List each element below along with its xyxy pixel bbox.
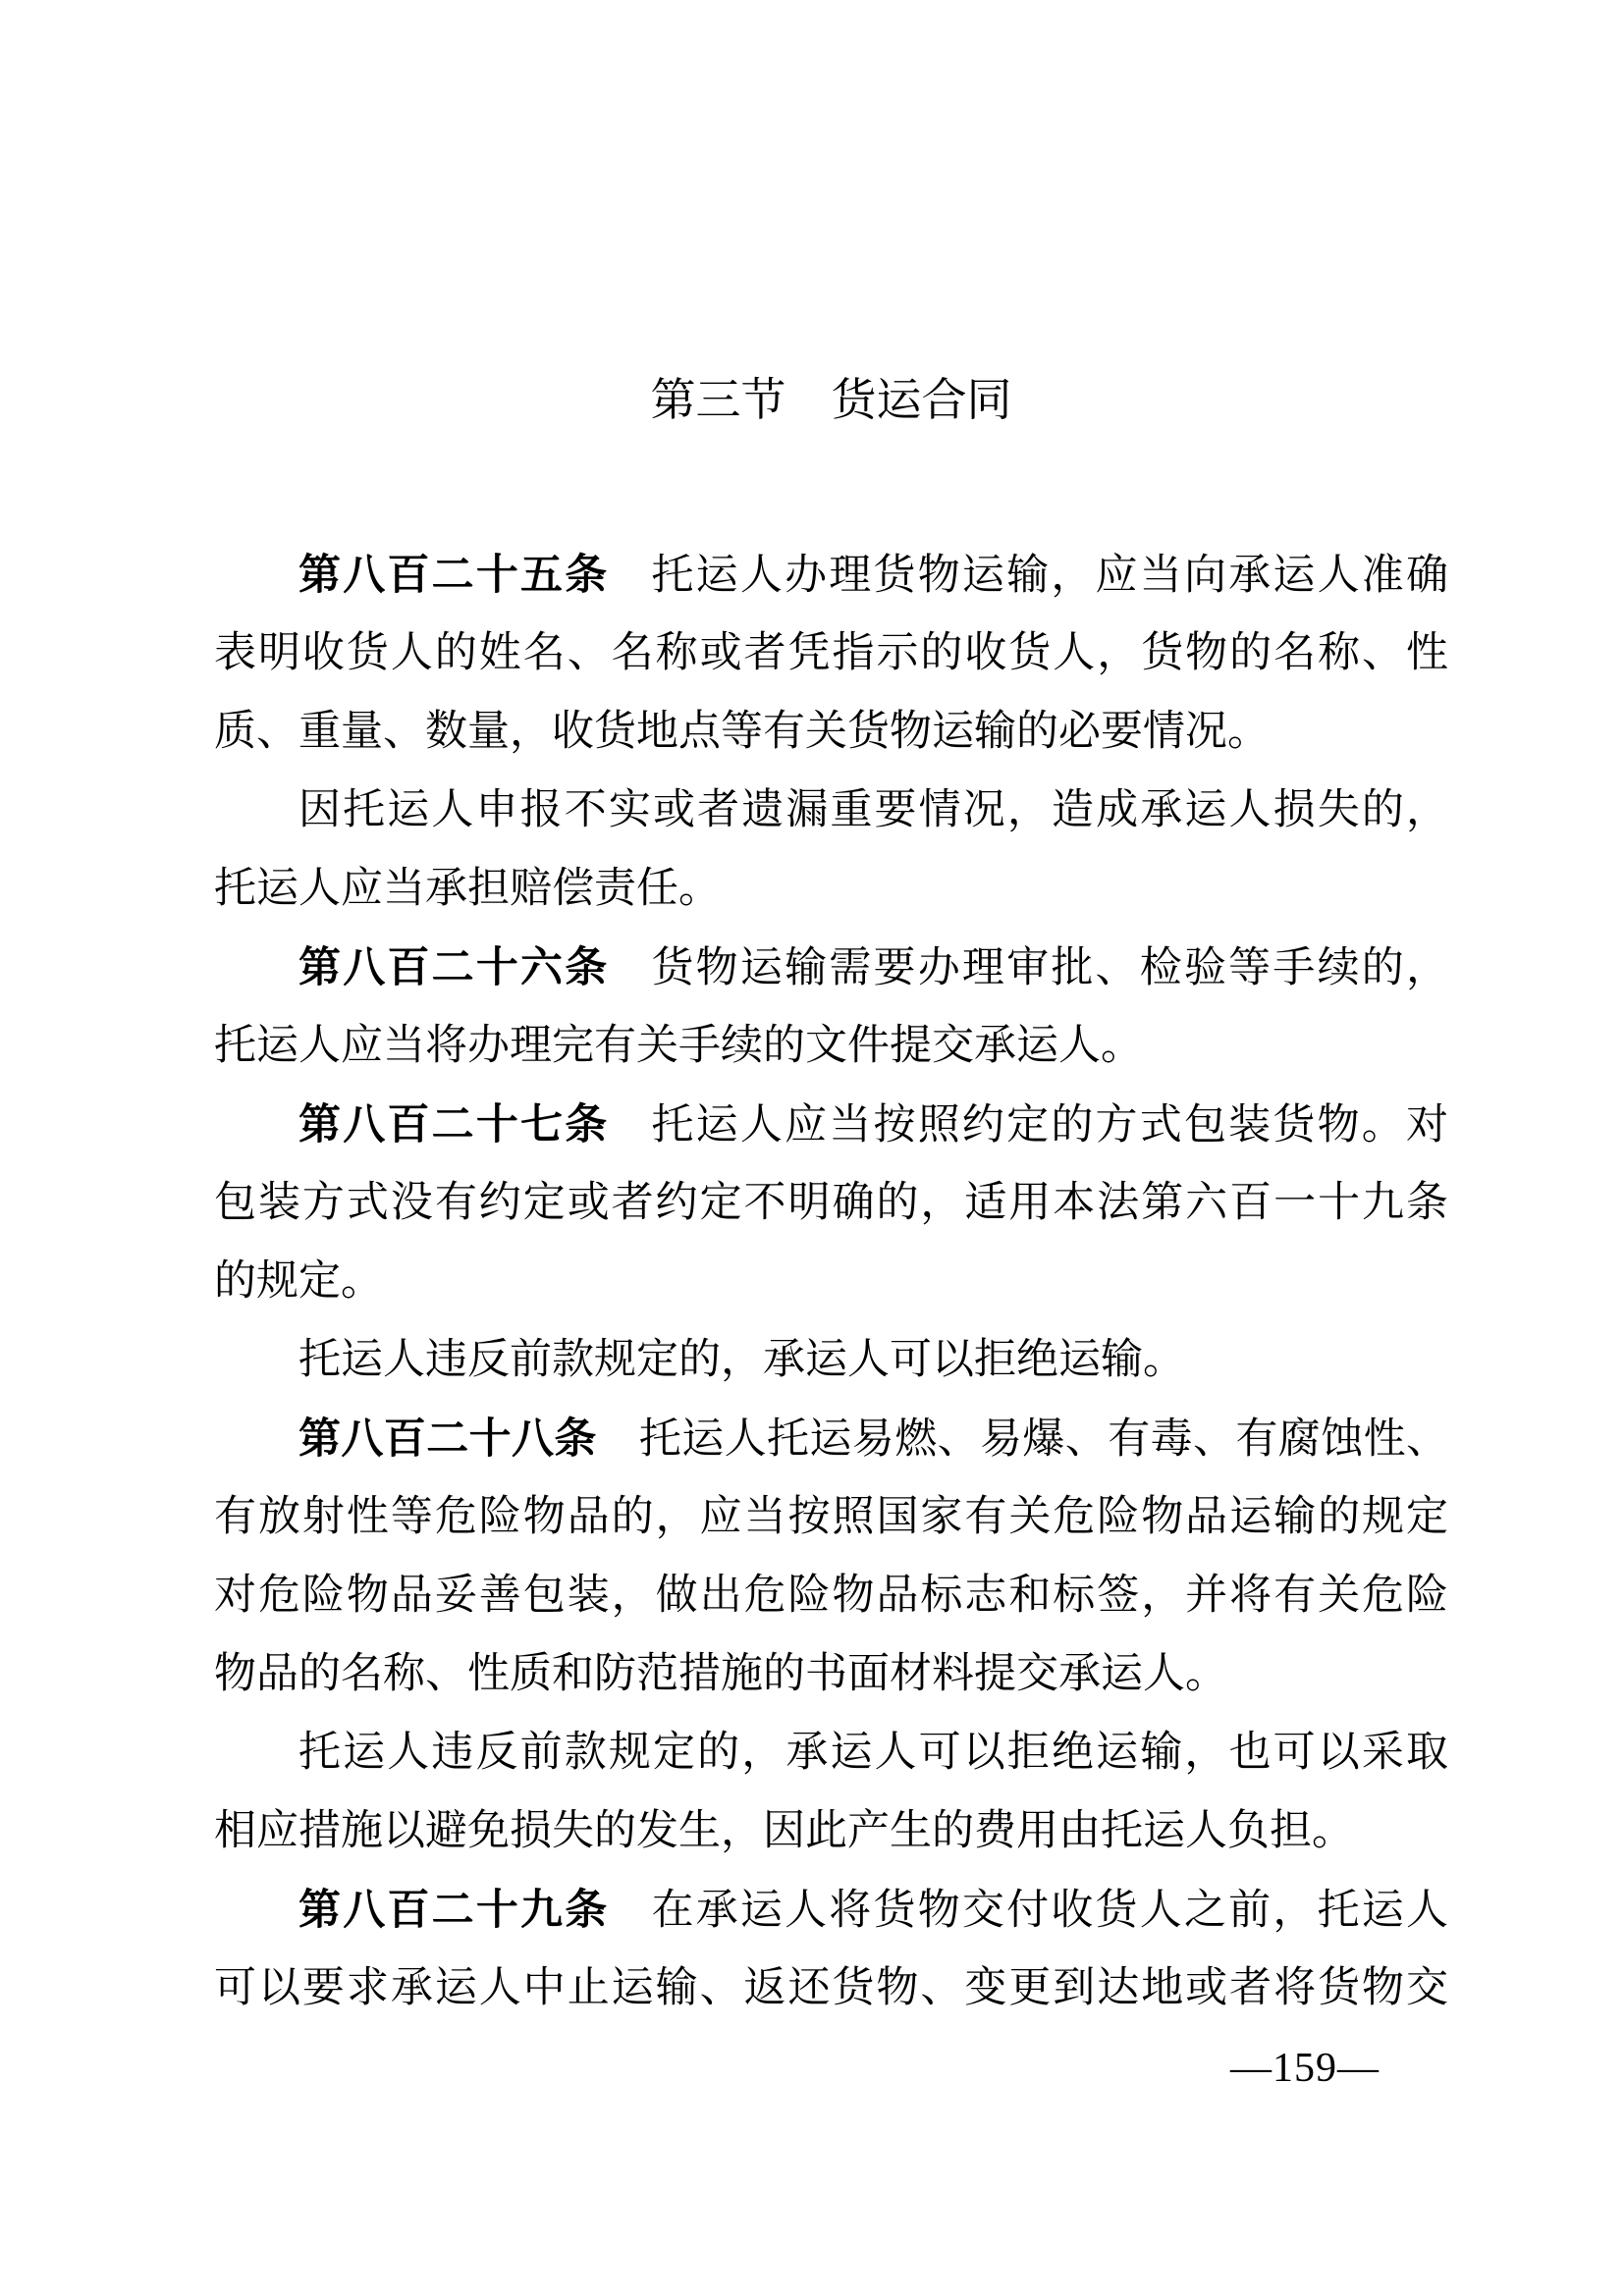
text-line: 有放射性等危险物品的，应当按照国家有关危险物品运输的规定 — [214, 1478, 1448, 1557]
page-number: —159— — [214, 2045, 1448, 2092]
text-line: 可以要求承运人中止运输、返还货物、变更到达地或者将货物交 — [214, 1949, 1448, 2028]
text-line: 托运人应当承担赔偿责任。 — [214, 850, 1448, 929]
text-line: 第八百二十六条货物运输需要办理审批、检验等手续的， — [214, 929, 1448, 1007]
text-line: 质、重量、数量，收货地点等有关货物运输的必要情况。 — [214, 693, 1448, 772]
text-line: 包装方式没有约定或者约定不明确的，适用本法第六百一十九条 — [214, 1164, 1448, 1243]
document-body: 第八百二十五条托运人办理货物运输，应当向承运人准确表明收货人的姓名、名称或者凭指… — [214, 536, 1448, 2028]
text-line: 托运人违反前款规定的，承运人可以拒绝运输，也可以采取 — [214, 1714, 1448, 1792]
text-line: 托运人违反前款规定的，承运人可以拒绝运输。 — [214, 1321, 1448, 1400]
article-number: 第八百二十七条 — [298, 1101, 609, 1148]
text-line: 表明收货人的姓名、名称或者凭指示的收货人，货物的名称、性 — [214, 614, 1448, 693]
article-number: 第八百二十九条 — [298, 1887, 609, 1934]
text-line: 的规定。 — [214, 1243, 1448, 1321]
text-line: 相应措施以避免损失的发生，因此产生的费用由托运人负担。 — [214, 1792, 1448, 1871]
section-title: 第三节 货运合同 — [214, 375, 1448, 426]
text-line: 第八百二十八条托运人托运易燃、易爆、有毒、有腐蚀性、 — [214, 1400, 1448, 1478]
text-line: 因托运人申报不实或者遗漏重要情况，造成承运人损失的， — [214, 772, 1448, 850]
text-line: 第八百二十七条托运人应当按照约定的方式包装货物。对 — [214, 1086, 1448, 1164]
article-number: 第八百二十六条 — [298, 944, 609, 991]
text-line: 托运人应当将办理完有关手续的文件提交承运人。 — [214, 1007, 1448, 1086]
text-line: 对危险物品妥善包装，做出危险物品标志和标签，并将有关危险 — [214, 1557, 1448, 1635]
text-line: 第八百二十五条托运人办理货物运输，应当向承运人准确 — [214, 536, 1448, 614]
document-page: 第三节 货运合同 第八百二十五条托运人办理货物运输，应当向承运人准确表明收货人的… — [0, 0, 1624, 2296]
text-line: 物品的名称、性质和防范措施的书面材料提交承运人。 — [214, 1635, 1448, 1714]
text-line: 第八百二十九条在承运人将货物交付收货人之前，托运人 — [214, 1871, 1448, 1949]
article-number: 第八百二十五条 — [298, 552, 609, 599]
article-number: 第八百二十八条 — [298, 1415, 597, 1463]
